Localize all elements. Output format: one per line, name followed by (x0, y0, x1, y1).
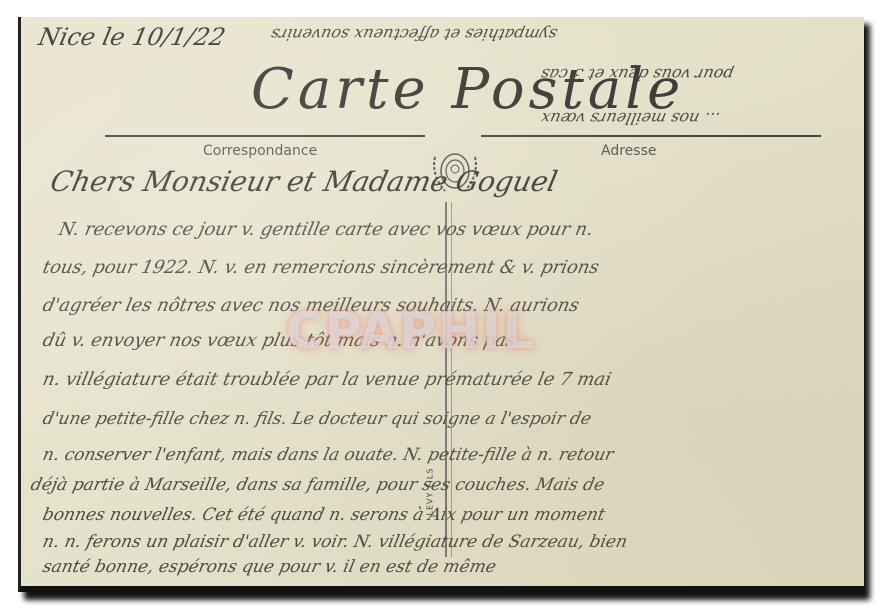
letter-line: bonnes nouvelles. Cet été quand n. seron… (41, 505, 607, 525)
dateline: Nice le 10/1/22 (36, 23, 228, 51)
postcard: Nice le 10/1/22 sympathies et affectueux… (18, 17, 864, 592)
rule-right (481, 135, 821, 137)
greeting: Chers Monsieur et Madame Goguel (47, 165, 560, 198)
letter-line: n. n. ferons un plaisir d'aller v. voir.… (41, 532, 629, 552)
letter-line: santé bonne, espérons que pour v. il en … (41, 557, 498, 577)
letter-line: n. villégiature était troublée par la ve… (41, 369, 613, 390)
rule-left (105, 135, 425, 137)
letter-line: n. conserver l'enfant, mais dans la ouat… (41, 445, 616, 465)
label-correspondance: Correspondance (203, 143, 317, 159)
label-adresse: Adresse (601, 143, 656, 159)
cross-line-1: sympathies et affectueux souvenirs (269, 25, 559, 44)
watermark: CPAPHIL (286, 302, 536, 360)
letter-line: tous, pour 1922. N. v. en remercions sin… (41, 257, 601, 278)
letter-line: d'une petite-fille chez n. fils. Le doct… (41, 409, 593, 429)
letter-line: N. recevons ce jour v. gentille carte av… (57, 219, 595, 240)
header-title: Carte Postale (251, 57, 684, 122)
letter-line: déjà partie à Marseille, dans sa famille… (29, 475, 606, 495)
